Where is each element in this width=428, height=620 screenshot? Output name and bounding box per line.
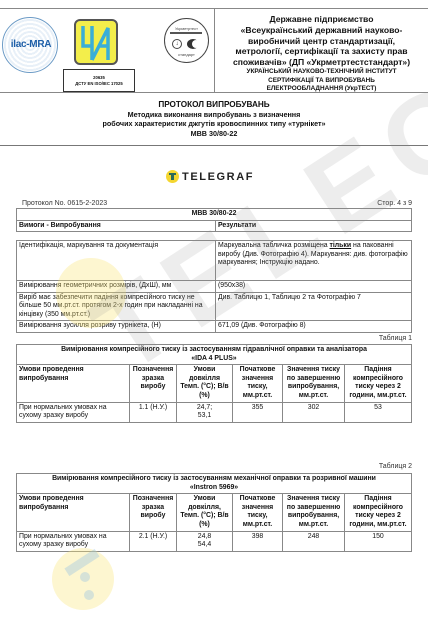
underlined-text: тільки: [330, 242, 352, 249]
column-header: Значення тиску по завершенню випробуванн…: [283, 365, 345, 402]
initial-pressure-cell: 398: [233, 531, 283, 551]
sample-cell: 2.1 (Н.У.): [130, 531, 177, 551]
conditions-cell: При нормальних умовах на сухому зразку в…: [17, 531, 130, 551]
pressure-drop-cell: 53: [345, 402, 412, 422]
humidity-value: 53,1: [179, 412, 230, 421]
standard-cell: МВВ 30/80-22: [17, 209, 412, 221]
crescent-icon: [187, 39, 199, 49]
humidity-value: 54,4: [179, 541, 230, 550]
protocol-title: ПРОТОКОЛ ВИПРОБУВАНЬ Методика виконання …: [0, 100, 428, 138]
requirement-cell: Виріб має забезпечити падіння компресійн…: [17, 292, 216, 321]
table-row: Вимірювання зусилля розриву турнікета, (…: [17, 321, 412, 333]
environment-cell: 24,7; 53,1: [177, 402, 233, 422]
ukrmet-bottom-text: стандарт: [165, 52, 208, 57]
result-text: Маркувальна табличка розміщена: [218, 242, 330, 249]
org-line: метрології, сертифікації та захисту прав: [215, 46, 428, 57]
telegraf-wordmark: TELEGRAF: [182, 171, 254, 183]
org-line: споживачів» (ДП «Укрметртестстандарт»): [215, 57, 428, 68]
requirements-header: Вимоги - Випробування: [17, 220, 216, 232]
table-row: Вимірювання геометричних розмірів, (ДхШ)…: [17, 281, 412, 293]
table-1-label: Таблиця 1: [379, 335, 412, 342]
accreditation-standard: ДСТУ EN ISO/IEC 17025: [64, 81, 134, 87]
ilac-logo-text: ilac-MRA: [3, 39, 59, 50]
watermark-logo-dot: [84, 590, 94, 600]
column-header: Умови довкілля Темп. (°С); В/в (%): [177, 365, 233, 402]
column-header: Умови проведення випробування: [17, 494, 130, 531]
telegraf-logo: TELEGRAF: [166, 170, 254, 183]
table-caption: Вимірювання компресійного тиску із засто…: [17, 474, 412, 494]
institute-line: ЕЛЕКТРООБЛАДНАННЯ (УкрТЕСТ): [215, 85, 428, 94]
table-caption: Вимірювання компресійного тиску із засто…: [17, 345, 412, 365]
temperature-value: 24,7;: [179, 404, 230, 413]
requirement-cell: Ідентифікація, маркування та документаці…: [17, 241, 216, 281]
ukrmettest-logo: Укрметртест ↓ стандарт: [164, 18, 209, 63]
requirement-cell: Вимірювання геометричних розмірів, (ДхШ)…: [17, 281, 216, 293]
protocol-meta: Протокол No. 0615-2-2023 Стор. 4 з 9: [22, 200, 412, 207]
protocol-number: Протокол No. 0615-2-2023: [22, 200, 107, 207]
environment-cell: 24,8 54,4: [177, 531, 233, 551]
final-pressure-cell: 248: [283, 531, 345, 551]
caption-line: «Instron 5969»: [19, 484, 409, 493]
column-header: Умови проведення випробування: [17, 365, 130, 402]
result-cell: Див. Таблицю 1, Таблицю 2 та Фотографію …: [216, 292, 412, 321]
temperature-value: 24,8: [179, 533, 230, 542]
organization-info: Державне підприємство «Всеукраїнський де…: [215, 9, 428, 92]
title-main: ПРОТОКОЛ ВИПРОБУВАНЬ: [0, 100, 428, 110]
caption-line: Вимірювання компресійного тиску із засто…: [19, 346, 409, 355]
ukrmettest-logo-cell: Укрметртест ↓ стандарт: [158, 9, 215, 92]
table-row: Виріб має забезпечити падіння компресійн…: [17, 292, 412, 321]
initial-pressure-cell: 355: [233, 402, 283, 422]
column-header: Падіння компресійного тиску через 2 годи…: [345, 365, 412, 402]
table-row: При нормальних умовах на сухому зразку в…: [17, 531, 412, 551]
table-2-label: Таблиця 2: [379, 463, 412, 470]
org-line: «Всеукраїнський державний науково-: [215, 25, 428, 36]
ua-accreditation-icon: [80, 24, 114, 62]
final-pressure-cell: 302: [283, 402, 345, 422]
logo-bar: [170, 32, 202, 34]
conditions-cell: При нормальних умовах на сухому зразку в…: [17, 402, 130, 422]
sample-cell: 1.1 (Н.У.): [130, 402, 177, 422]
page-number: Стор. 4 з 9: [377, 200, 412, 207]
column-header: Початкове значення тиску, мм.рт.ст.: [233, 494, 283, 531]
ukrainian-accreditation-logo: [74, 19, 118, 65]
watermark-logo-dot: [80, 572, 90, 582]
column-header: Позначення зразка виробу: [130, 494, 177, 531]
column-header: Початкове значення тиску, мм.рт.ст.: [233, 365, 283, 402]
title-standard: МВВ 30/80-22: [0, 129, 428, 139]
ukrmet-top-text: Укрметртест: [165, 26, 208, 31]
result-cell: Маркувальна табличка розміщена тільки на…: [216, 241, 412, 281]
accreditation-box: 20635 ДСТУ EN ISO/IEC 17025: [63, 69, 135, 92]
requirement-cell: Вимірювання зусилля розриву турнікета, (…: [17, 321, 216, 333]
column-header: Умови довкілля, Темп. (°С); В/в (%): [177, 494, 233, 531]
divider: [0, 145, 428, 146]
ilac-mra-logo: ilac-MRA: [2, 17, 58, 73]
result-cell: 671,09 (Див. Фотографію 8): [216, 321, 412, 333]
title-line: Методика виконання випробувань з визначе…: [0, 110, 428, 120]
caption-line: «IDA 4 PLUS»: [19, 355, 409, 364]
accreditation-logos: ilac-MRA 20635 ДСТУ EN ISO/IEC 17025: [0, 9, 158, 92]
org-line: виробничий центр стандартизації,: [215, 36, 428, 47]
standard-table: МВВ 30/80-22 Вимоги - Випробування Резул…: [16, 208, 412, 232]
column-header: Значення тиску по завершенню випробуванн…: [283, 494, 345, 531]
pressure-drop-cell: 150: [345, 531, 412, 551]
result-cell: (950х38): [216, 281, 412, 293]
org-line: Державне підприємство: [215, 14, 428, 25]
title-line: робочих характеристик джгутів кровоспинн…: [0, 119, 428, 129]
institute-line: СЕРТИФІКАЦІЇ ТА ВИПРОБУВАНЬ: [215, 77, 428, 86]
column-header: Позначення зразка виробу: [130, 365, 177, 402]
results-header: Результати: [216, 220, 412, 232]
institute-line: УКРАЇНСЬКИЙ НАУКОВО-ТЕХНІЧНИЙ ІНСТИТУТ: [215, 68, 428, 77]
table-row: Ідентифікація, маркування та документаці…: [17, 241, 412, 281]
telegraf-icon: [166, 170, 179, 183]
table-1: Вимірювання компресійного тиску із засто…: [16, 344, 412, 423]
down-arrow-icon: ↓: [172, 39, 182, 49]
column-header: Падіння компресійного тиску через 2 годи…: [345, 494, 412, 531]
table-row: При нормальних умовах на сухому зразку в…: [17, 402, 412, 422]
table-2: Вимірювання компресійного тиску із засто…: [16, 473, 412, 552]
caption-line: Вимірювання компресійного тиску із засто…: [19, 475, 409, 484]
requirements-table: Ідентифікація, маркування та документаці…: [16, 240, 412, 333]
document-header: ilac-MRA 20635 ДСТУ EN ISO/IEC 17025 Укр…: [0, 8, 428, 93]
